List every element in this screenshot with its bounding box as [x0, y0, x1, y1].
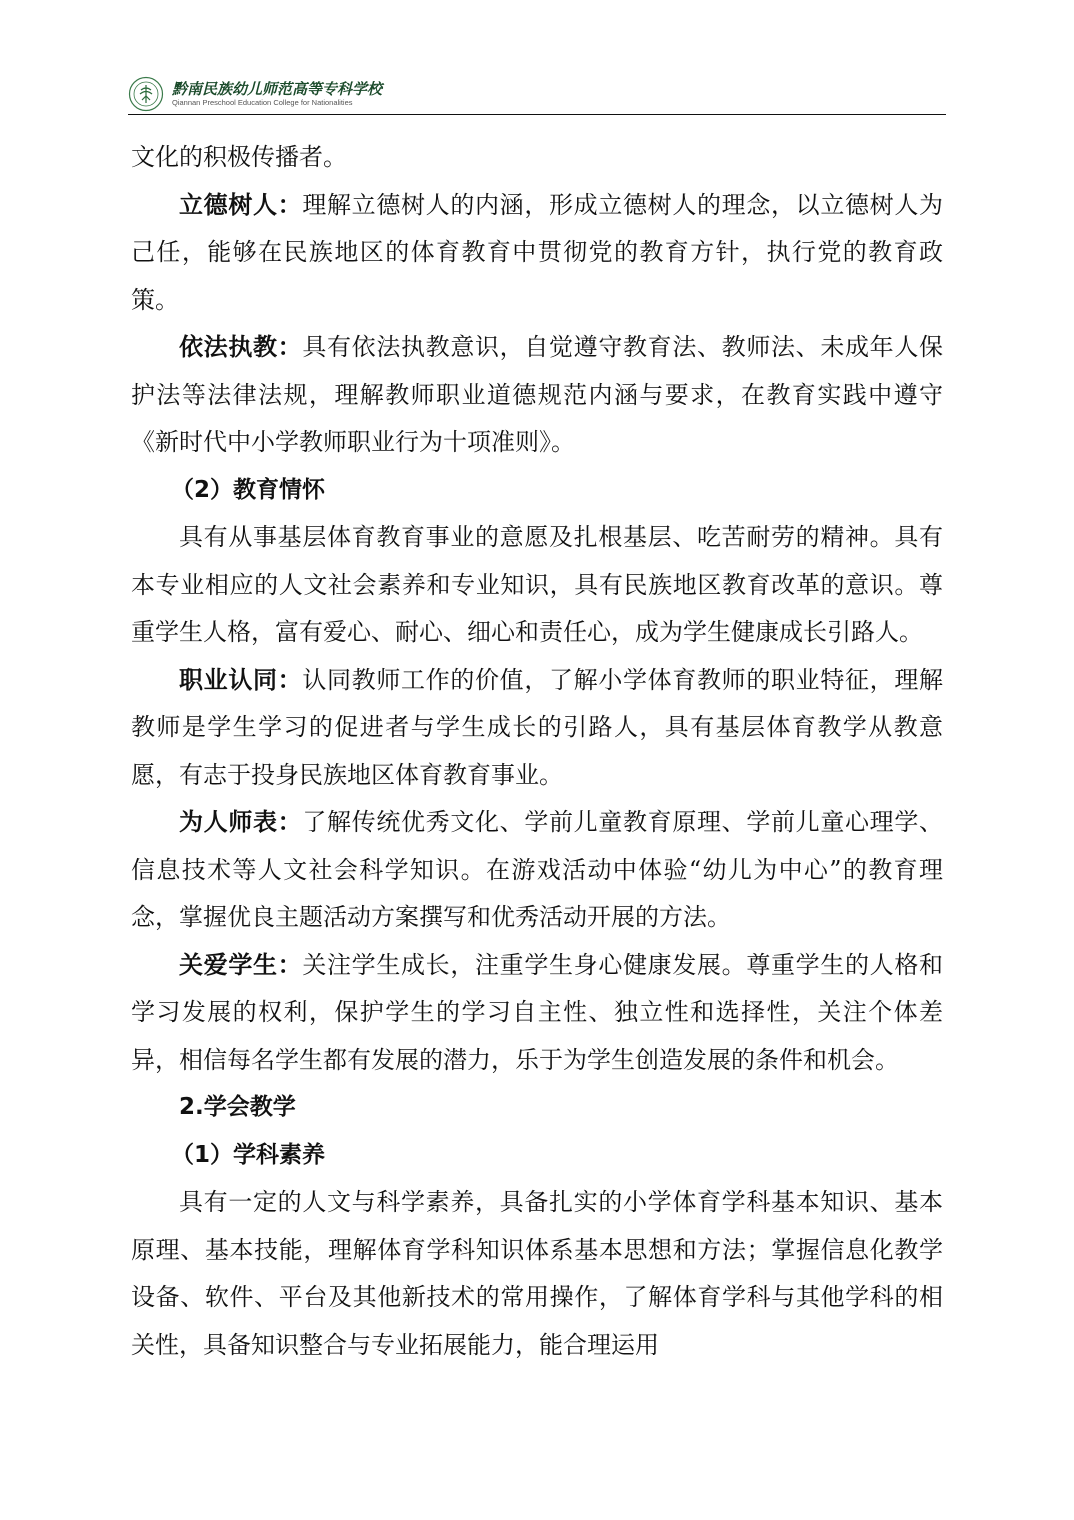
header-divider	[128, 114, 946, 115]
paragraph-subject-literacy: 具有一定的人文与科学素养，具备扎实的小学体育学科基本知识、基本原理、基本技能，理…	[131, 1179, 943, 1369]
section-heading-learn-teaching: 2.学会教学	[131, 1084, 943, 1132]
document-body: 文化的积极传播者。 立德树人：理解立德树人的内涵，形成立德树人的理念，以立德树人…	[131, 134, 943, 1369]
school-emblem-icon	[128, 76, 164, 112]
paragraph-label: 职业认同：	[179, 666, 302, 694]
paragraph-label: 依法执教：	[179, 333, 302, 361]
paragraph-continuation: 文化的积极传播者。	[131, 134, 943, 182]
page-header: 黔南民族幼儿师范高等专科学校 Qiannan Preschool Educati…	[128, 74, 946, 114]
section-heading-education-sentiment: （2）教育情怀	[131, 467, 943, 515]
paragraph-zhiye-rentong: 职业认同：认同教师工作的价值，了解小学体育教师的职业特征，理解教师是学生学习的促…	[131, 657, 943, 800]
paragraph-label: 立德树人：	[179, 191, 302, 219]
paragraph-label: 关爱学生：	[179, 951, 302, 979]
paragraph-guanai-xuesheng: 关爱学生：关注学生成长，注重学生身心健康发展。尊重学生的人格和学习发展的权利，保…	[131, 942, 943, 1085]
paragraph-lide-shuren: 立德树人：理解立德树人的内涵，形成立德树人的理念，以立德树人为己任，能够在民族地…	[131, 182, 943, 325]
section-heading-subject-literacy: （1）学科素养	[131, 1132, 943, 1180]
paragraph-label: 为人师表：	[179, 808, 302, 836]
paragraph-education-sentiment: 具有从事基层体育教育事业的意愿及扎根基层、吃苦耐劳的精神。具有本专业相应的人文社…	[131, 514, 943, 657]
paragraph-yifa-zhijiao: 依法执教：具有依法执教意识，自觉遵守教育法、教师法、未成年人保护法等法律法规，理…	[131, 324, 943, 467]
paragraph-weiren-shibiao: 为人师表：了解传统优秀文化、学前儿童教育原理、学前儿童心理学、信息技术等人文社会…	[131, 799, 943, 942]
school-name-cn: 黔南民族幼儿师范高等专科学校	[172, 78, 382, 99]
school-name-en: Qiannan Preschool Education College for …	[172, 98, 353, 107]
